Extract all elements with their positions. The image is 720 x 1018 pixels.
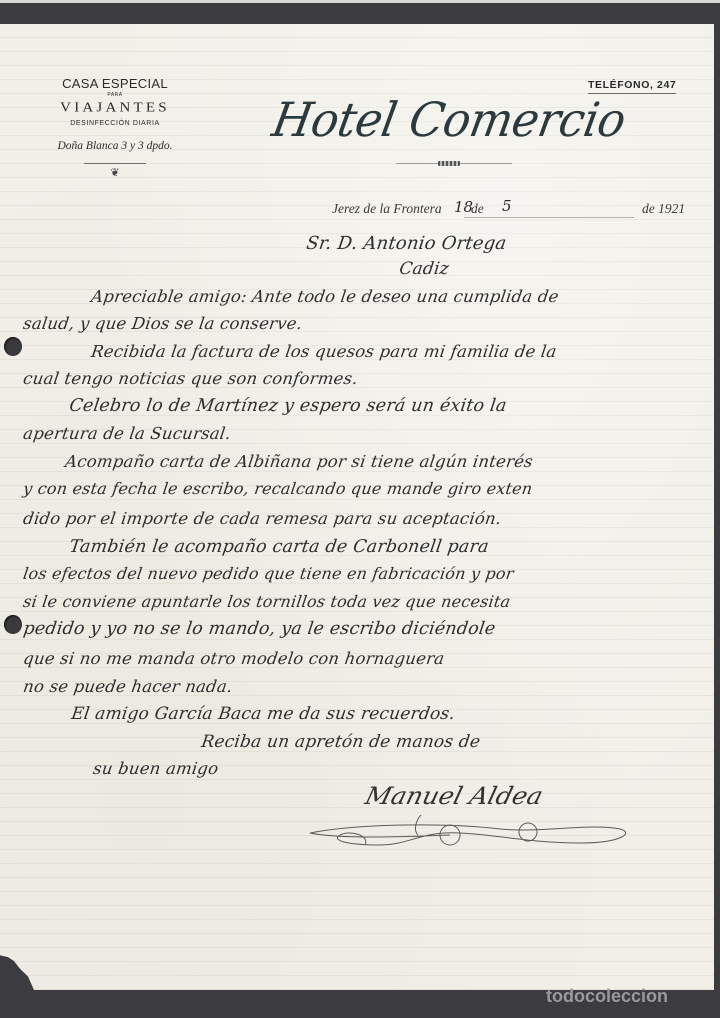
letter-line: y con esta fecha le escribo, recalcando … bbox=[22, 479, 534, 498]
letter-line: cual tengo noticias que son conformes. bbox=[22, 369, 359, 388]
title-ornament bbox=[396, 163, 512, 164]
punch-hole-top bbox=[4, 337, 22, 356]
date-year: de 1921 bbox=[642, 201, 685, 217]
ornament-icon bbox=[438, 161, 460, 166]
recipient-city: Cadiz bbox=[398, 259, 450, 279]
letter-line: También le acompaño carta de Carbonell p… bbox=[68, 537, 490, 557]
dateline: Jerez de la Frontera 18 de 5 de 1921 bbox=[332, 201, 694, 221]
letter-line: no se puede hacer nada. bbox=[22, 677, 234, 696]
casa-especial-label: CASA ESPECIAL bbox=[22, 76, 208, 92]
para-label: PARA bbox=[22, 92, 208, 99]
letter-line: pedido y yo no se lo mando, ya le escrib… bbox=[22, 619, 497, 639]
scan-top-edge bbox=[0, 0, 720, 3]
letter-line: que si no me manda otro modelo con horna… bbox=[22, 649, 446, 668]
letter-line: su buen amigo bbox=[92, 759, 220, 778]
todocoleccion-watermark: todocoleccion bbox=[546, 986, 668, 1007]
letter-line: si le conviene apuntarle los tornillos t… bbox=[22, 592, 512, 611]
letter-line: Apreciable amigo: Ante todo le deseo una… bbox=[90, 287, 560, 306]
letter-line: apertura de la Sucursal. bbox=[22, 424, 232, 443]
date-de: de bbox=[471, 201, 484, 217]
letter-line: Acompaño carta de Albiñana por si tiene … bbox=[64, 452, 534, 471]
date-month: 5 bbox=[502, 197, 512, 215]
punch-hole-bottom bbox=[4, 615, 22, 634]
date-place: Jerez de la Frontera bbox=[332, 201, 442, 217]
signature: Manuel Aldea bbox=[362, 782, 546, 810]
desinfeccion-label: DESINFECCIÓN DIARIA bbox=[22, 119, 208, 129]
letter-line: dido por el importe de cada remesa para … bbox=[22, 509, 503, 528]
telephone-label: TELÉFONO, 247 bbox=[588, 79, 676, 94]
recipient-name: Sr. D. Antonio Ortega bbox=[305, 233, 508, 254]
hotel-address: Doña Blanca 3 y 3 dpdo. bbox=[22, 139, 208, 153]
signature-flourish-icon bbox=[300, 815, 630, 855]
letter-line: Recibida la factura de los quesos para m… bbox=[90, 342, 558, 361]
fleuron-icon: ❦ bbox=[22, 167, 208, 179]
letterhead-left-block: CASA ESPECIAL PARA VIAJANTES DESINFECCIÓ… bbox=[22, 76, 208, 179]
letter-line: salud, y que Dios se la conserve. bbox=[22, 314, 304, 333]
divider-rule bbox=[84, 163, 146, 164]
letter-line: Reciba un apretón de manos de bbox=[200, 732, 482, 752]
viajantes-label: VIAJANTES bbox=[22, 100, 208, 116]
date-rule bbox=[464, 217, 634, 218]
letter-line: Celebro lo de Martínez y espero será un … bbox=[68, 396, 508, 416]
letter-line: El amigo García Baca me da sus recuerdos… bbox=[70, 704, 456, 724]
hotel-title: Hotel Comercio bbox=[268, 92, 630, 148]
letter-line: los efectos del nuevo pedido que tiene e… bbox=[22, 564, 515, 583]
